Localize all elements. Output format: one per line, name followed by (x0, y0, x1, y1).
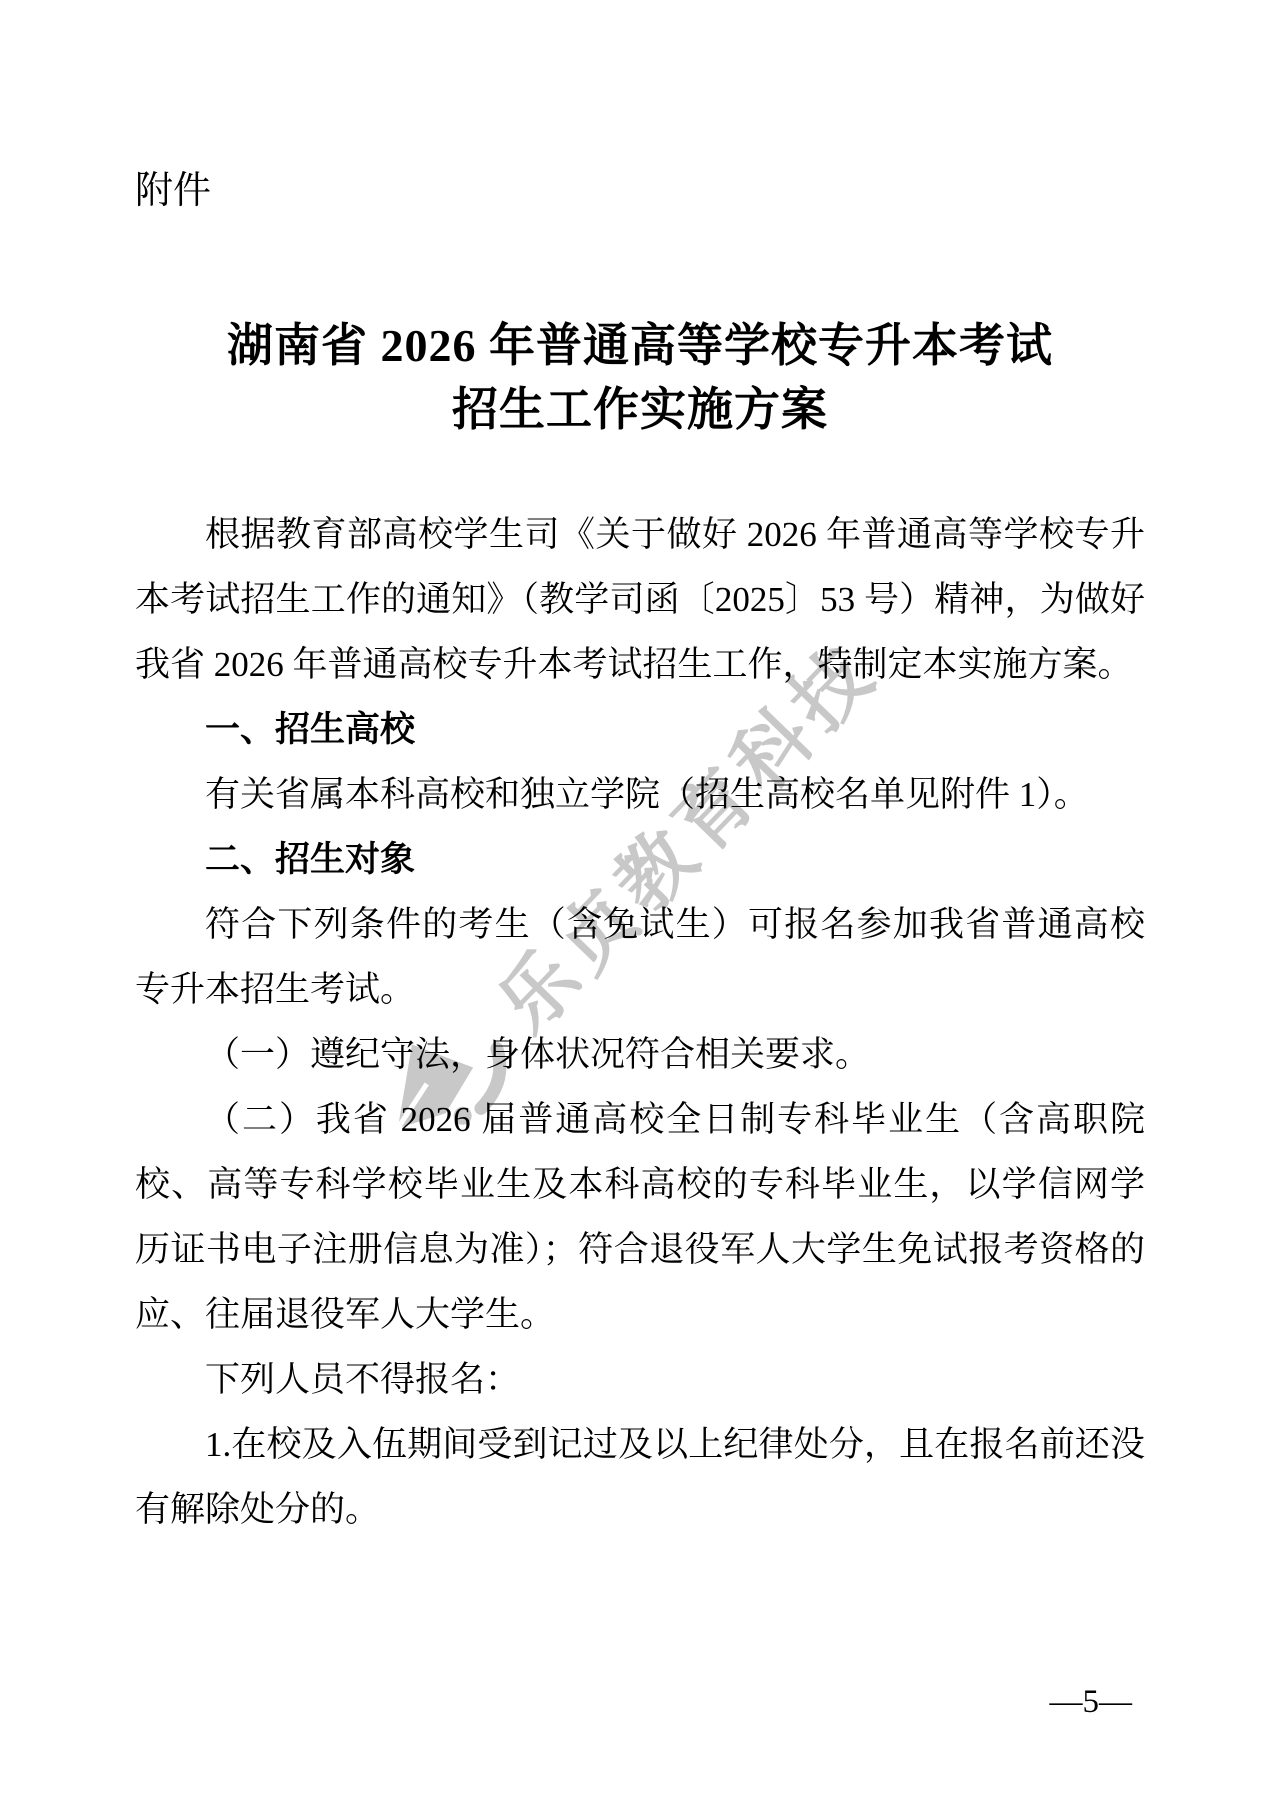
document-page: 乐贞教育科技 附件 湖南省 2026 年普通高等学校专升本考试 招生工作实施方案… (0, 0, 1280, 1810)
section-heading: 一、招生高校 (135, 697, 1145, 762)
body-paragraph: 1.在校及入伍期间受到记过及以上纪律处分，且在报名前还没有解除处分的。 (135, 1412, 1145, 1542)
body-paragraph: 根据教育部高校学生司《关于做好 2026 年普通高等学校专升本考试招生工作的通知… (135, 502, 1145, 697)
body-paragraph: 下列人员不得报名： (135, 1347, 1145, 1412)
body-paragraph: （一）遵纪守法，身体状况符合相关要求。 (135, 1022, 1145, 1087)
section-heading: 二、招生对象 (135, 827, 1145, 892)
document-content: 附件 湖南省 2026 年普通高等学校专升本考试 招生工作实施方案 根据教育部高… (0, 0, 1280, 1542)
title-line-1: 湖南省 2026 年普通高等学校专升本考试 (135, 314, 1145, 378)
body-paragraph: 有关省属本科高校和独立学院（招生高校名单见附件 1）。 (135, 762, 1145, 827)
title-line-2: 招生工作实施方案 (135, 378, 1145, 442)
document-body: 根据教育部高校学生司《关于做好 2026 年普通高等学校专升本考试招生工作的通知… (135, 502, 1145, 1542)
document-title: 湖南省 2026 年普通高等学校专升本考试 招生工作实施方案 (135, 314, 1145, 442)
body-paragraph: （二）我省 2026 届普通高校全日制专科毕业生（含高职院校、高等专科学校毕业生… (135, 1087, 1145, 1347)
body-paragraph: 符合下列条件的考生（含免试生）可报名参加我省普通高校专升本招生考试。 (135, 892, 1145, 1022)
page-number: —5— (1050, 1682, 1133, 1722)
attachment-label: 附件 (135, 168, 1145, 214)
